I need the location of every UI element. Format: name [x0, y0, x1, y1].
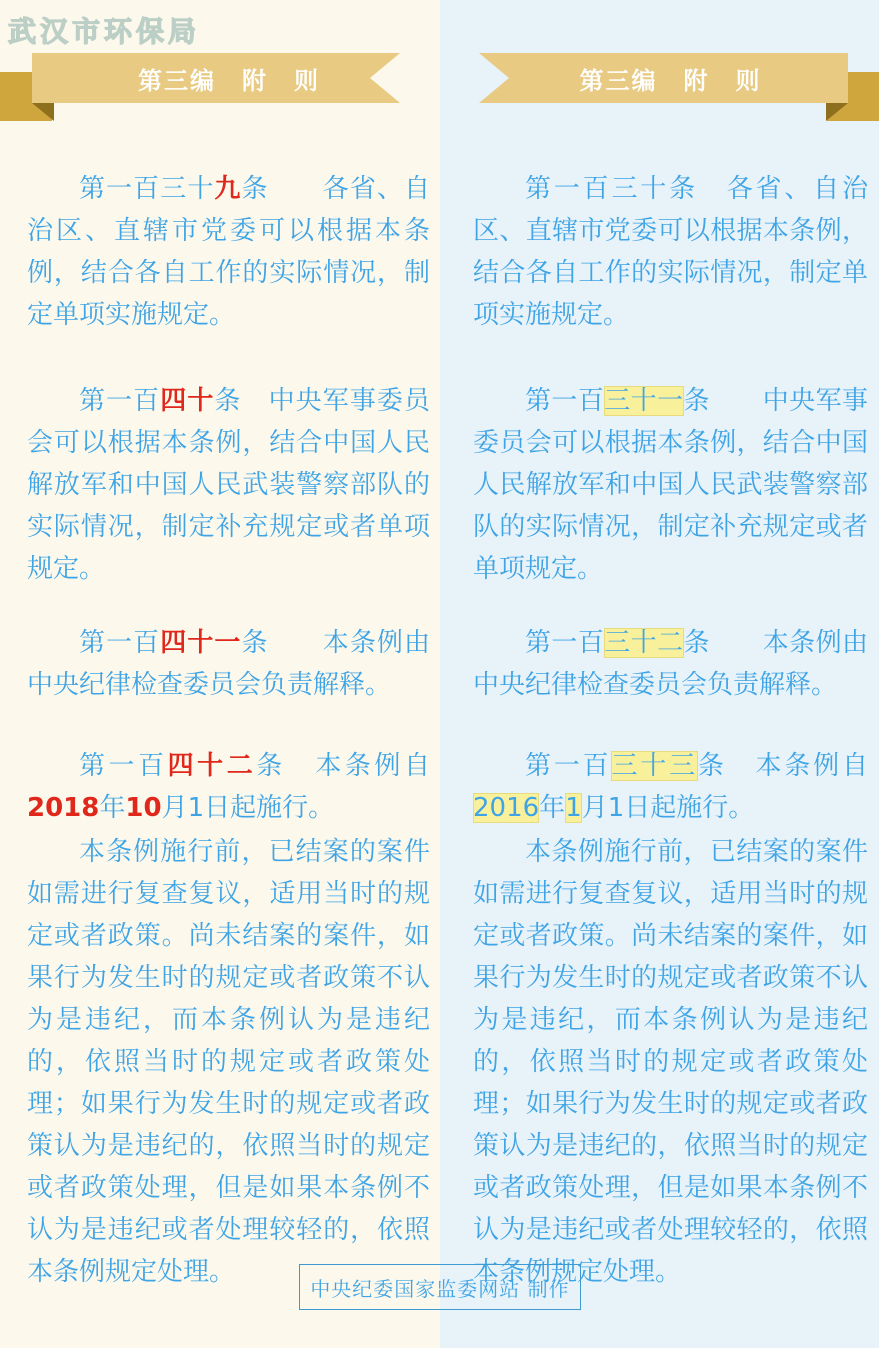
- banner-right-title: 第三编 附 则: [580, 61, 762, 96]
- diff-segment: 四十二: [168, 751, 257, 781]
- banner-right-ribbon: 第三编 附 则: [479, 53, 848, 103]
- paragraph: 第一百四十条 中央军事委员会可以根据本条例，结合中国人民解放军和中国人民武装警察…: [27, 380, 430, 590]
- diff-segment: 10: [125, 793, 161, 823]
- paragraph: 第一百三十三条 本条例自2016年1月1日起施行。: [473, 745, 868, 829]
- paragraph: 第一百三十九条 各省、自治区、直辖市党委可以根据本条例，结合各自工作的实际情况，…: [27, 168, 430, 336]
- diff-segment: 1: [565, 793, 582, 823]
- paragraph: 第一百四十二条 本条例自2018年10月1日起施行。: [27, 745, 430, 829]
- text-segment: 第一百: [525, 386, 604, 416]
- diff-segment: 九: [214, 174, 241, 204]
- column-right-body: 第一百三十条 各省、自治区、直辖市党委可以根据本条例，结合各自工作的实际情况，制…: [440, 0, 879, 1293]
- footer-credit-box: 中央纪委国家监委网站 制作: [299, 1264, 581, 1310]
- text-segment: 第一百三十: [79, 174, 214, 204]
- paragraph: 本条例施行前，已结案的案件如需进行复查复议，适用当时的规定或者政策。尚未结案的案…: [27, 831, 430, 1293]
- text-segment: 月1日起施行。: [582, 793, 755, 823]
- diff-segment: 2018: [27, 793, 99, 823]
- diff-segment: 三十二: [604, 628, 683, 658]
- paragraph: 第一百三十条 各省、自治区、直辖市党委可以根据本条例，结合各自工作的实际情况，制…: [473, 168, 868, 336]
- paragraph: 第一百三十一条 中央军事委员会可以根据本条例，结合中国人民解放军和中国人民武装警…: [473, 380, 868, 590]
- text-segment: 第一百: [79, 386, 160, 416]
- text-segment: 本条例施行前，已结案的案件如需进行复查复议，适用当时的规定或者政策。尚未结案的案…: [27, 837, 430, 1287]
- column-right-2016-version: 第三编 附 则 第一百三十条 各省、自治区、直辖市党委可以根据本条例，结合各自工…: [440, 0, 879, 1348]
- diff-segment: 2016: [473, 793, 539, 823]
- text-segment: 月1日起施行。: [162, 793, 335, 823]
- banner-left-title: 第三编 附 则: [138, 61, 320, 96]
- page: 武汉市环保局 第三编 附 则 第一百三十九条 各省、自治区、直辖市党委可以根据本…: [0, 0, 879, 1348]
- diff-segment: 四十一: [160, 628, 241, 658]
- text-segment: 年: [539, 793, 565, 823]
- text-segment: 年: [99, 793, 125, 823]
- paragraph: 本条例施行前，已结案的案件如需进行复查复议，适用当时的规定或者政策。尚未结案的案…: [473, 831, 868, 1293]
- diff-segment: 三十一: [604, 386, 683, 416]
- footer-credit-label: 中央纪委国家监委网站 制作: [310, 1273, 569, 1302]
- text-segment: 本条例施行前，已结案的案件如需进行复查复议，适用当时的规定或者政策。尚未结案的案…: [473, 837, 868, 1287]
- text-segment: 条 本条例自: [256, 751, 430, 781]
- text-segment: 条 本条例自: [698, 751, 868, 781]
- text-segment: 第一百: [79, 628, 160, 658]
- diff-segment: 三十三: [611, 751, 697, 781]
- text-segment: 第一百: [525, 751, 611, 781]
- paragraph: 第一百四十一条 本条例由中央纪律检查委员会负责解释。: [27, 622, 430, 706]
- text-segment: 第一百: [525, 628, 604, 658]
- paragraph: 第一百三十二条 本条例由中央纪律检查委员会负责解释。: [473, 622, 868, 706]
- diff-segment: 四十: [160, 386, 214, 416]
- text-segment: 第一百: [79, 751, 168, 781]
- column-left-2018-version: 武汉市环保局 第三编 附 则 第一百三十九条 各省、自治区、直辖市党委可以根据本…: [0, 0, 440, 1348]
- text-segment: 第一百三十条 各省、自治区、直辖市党委可以根据本条例，结合各自工作的实际情况，制…: [473, 174, 868, 330]
- banner-left-ribbon: 第三编 附 则: [32, 53, 400, 103]
- column-left-body: 第一百三十九条 各省、自治区、直辖市党委可以根据本条例，结合各自工作的实际情况，…: [0, 0, 440, 1293]
